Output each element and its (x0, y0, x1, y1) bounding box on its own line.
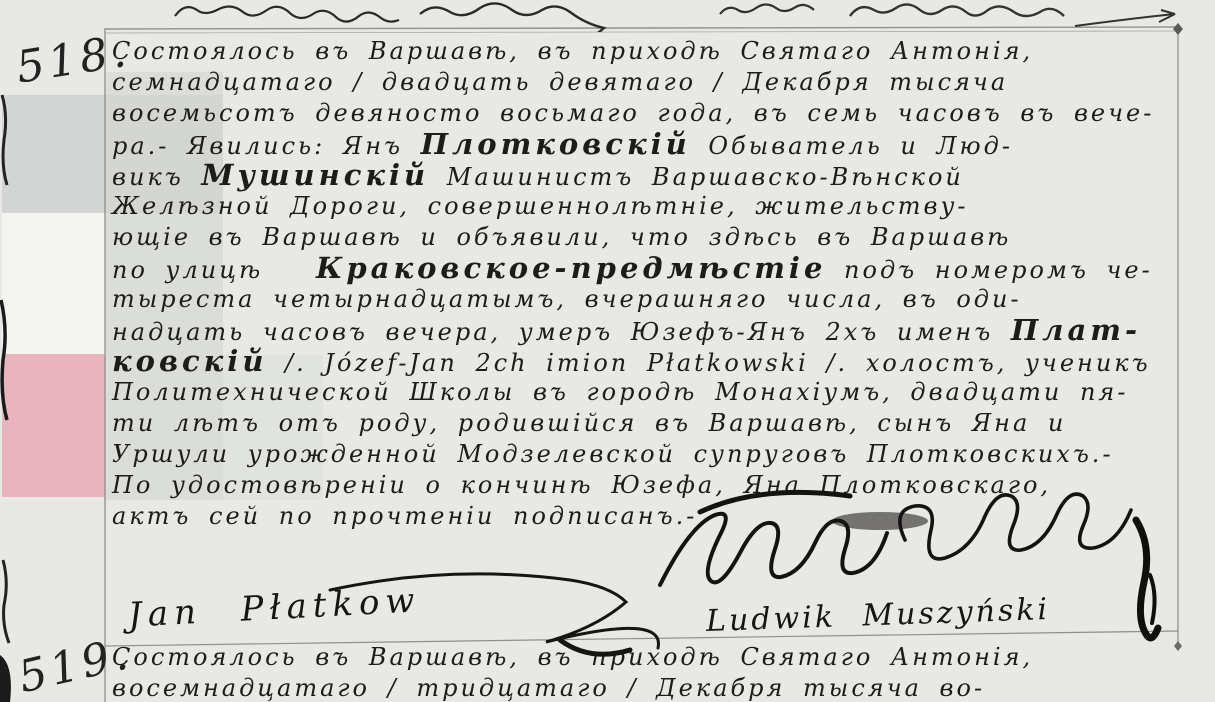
scanned-register-page: 518. 519. Состоялось въ Варшавѣ, въ прих… (0, 0, 1215, 702)
handwritten-line: по улицѣ Краковское-предмѣстіе подъ номе… (112, 253, 1180, 284)
handwritten-line: ти лѣтъ отъ роду, родившійся въ Варшавѣ,… (112, 408, 1180, 439)
header-annotation-right-icon (0, 0, 1215, 32)
handwritten-line: семнадцатаго / двадцать девятаго / Декаб… (112, 67, 1180, 98)
handwritten-line: По удостовѣреніи о кончинѣ Юзефа, Яна Пл… (112, 470, 1180, 501)
handwritten-line: Желѣзной Дороги, совершеннолѣтніе, жител… (112, 191, 1180, 222)
header-annotation-left-icon (0, 0, 1215, 32)
handwritten-line: восемнадцатаго / тридцатаго / Декабря ты… (112, 673, 1180, 702)
record-519-text: Состоялось въ Варшавѣ, въ приходѣ Святаг… (112, 642, 1180, 702)
signature-jan-platkowski: Jan Płatkow (127, 580, 421, 635)
handwritten-line: Состоялось въ Варшавѣ, въ приходѣ Святаг… (112, 36, 1180, 67)
handwritten-line: викъ Мушинскій Машинистъ Варшавско-Вѣнск… (112, 160, 1180, 191)
handwritten-line: тыреста четырнадцатымъ, вчерашняго числа… (112, 284, 1180, 315)
handwritten-line: Состоялось въ Варшавѣ, въ приходѣ Святаг… (112, 642, 1180, 673)
handwritten-line: ющіе въ Варшавѣ и объявили, что здѣсь въ… (112, 222, 1180, 253)
record-518-text: Состоялось въ Варшавѣ, въ приходѣ Святаг… (112, 36, 1180, 532)
handwritten-line: актъ сей по прочтеніи подписанъ.- (112, 501, 1180, 532)
rule-anchor-mark (1173, 23, 1183, 35)
handwritten-line: Политехнической Школы въ городѣ Монахіум… (112, 377, 1180, 408)
scan-calibration-patch-gray (2, 95, 105, 213)
handwritten-line: восемьсотъ девяносто восьмаго года, въ с… (112, 98, 1180, 129)
scan-calibration-patch-pink (2, 354, 105, 497)
handwritten-line: ра.- Явились: Янъ Плотковскій Обыватель … (112, 129, 1180, 160)
scan-calibration-patch-white (2, 213, 105, 354)
handwritten-line: ковскій /. Józef-Jan 2ch imion Płatkowsk… (112, 346, 1180, 377)
handwritten-line: Уршули урожденной Модзелевской супруговъ… (112, 439, 1180, 470)
signature-ludwik-muszynski: Ludwik Muszyński (705, 592, 1050, 639)
handwritten-line: надцать часовъ вечера, умеръ Юзефъ-Янъ 2… (112, 315, 1180, 346)
